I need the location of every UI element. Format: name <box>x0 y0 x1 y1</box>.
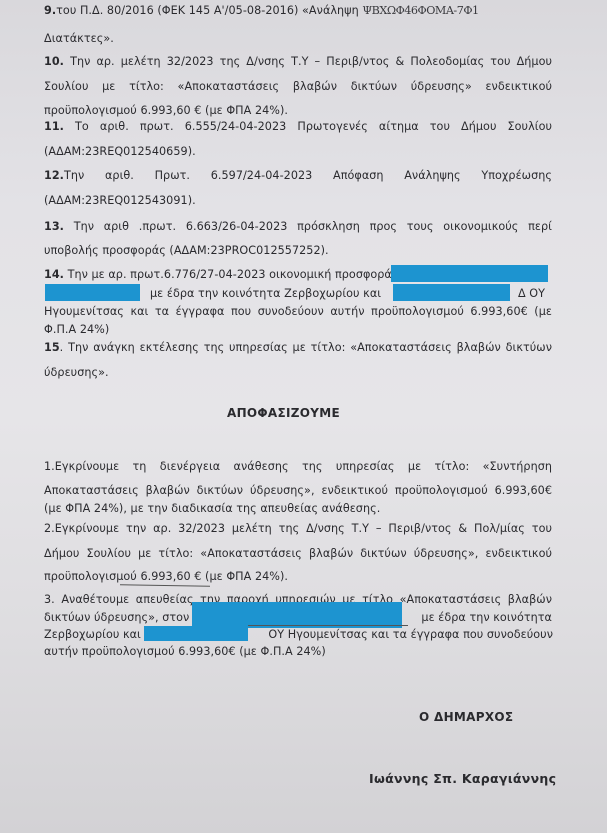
item-11-line-1: 11. Το αριθ. πρωτ. 6.555/24-04-2023 Πρωτ… <box>44 120 552 134</box>
redaction-block <box>45 284 140 301</box>
decision-1-line-1: 1.Εγκρίνουμε τη διενέργεια ανάθεσης της … <box>44 460 552 474</box>
decision-1-line-3: (με ΦΠΑ 24%), με την διαδικασία της απευ… <box>44 502 552 516</box>
redaction-block <box>144 626 248 641</box>
decision-2-line-2: Δήμου Σουλίου με τίτλο: «Αποκαταστάσεις … <box>44 547 552 561</box>
decision-heading: ΑΠΟΦΑΣΙΖΟΥΜΕ <box>227 406 340 420</box>
item-9-line-2: Διατάκτες». <box>44 32 552 46</box>
item-15-line-2: ύδρευσης». <box>44 366 552 380</box>
item-10-line-1: 10. Την αρ. μελέτη 32/2023 της Δ/νσης Τ.… <box>44 55 552 69</box>
item-12-line-1: 12.Την αριθ. Πρωτ. 6.597/24-04-2023 Απόφ… <box>44 169 552 183</box>
item-13-line-1: 13. Την αριθ .πρωτ. 6.663/26-04-2023 πρό… <box>44 220 552 234</box>
decision-3-line-2-start: δικτύων ύδρευσης», στον <box>44 611 194 625</box>
item-14-line-2-middle: με έδρα την κοινότητα Ζερβοχωρίου και <box>150 287 380 301</box>
item-14-line-2-end: Δ ΟΥ <box>518 287 558 301</box>
item-9-number: 9. <box>44 4 56 17</box>
decision-1-line-2: Αποκαταστάσεις βλαβών δικτύων ύδρευσης»,… <box>44 484 552 498</box>
item-14-line-4: Φ.Π.Α 24%) <box>44 323 552 337</box>
decision-2-line-3: προϋπολογισμού 6.993,60 € (με ΦΠΑ 24%). <box>44 570 552 584</box>
handwritten-underline <box>120 584 210 587</box>
item-13-line-2: υποβολής προσφοράς (ΑΔΑΜ:23PROC012557252… <box>44 244 552 258</box>
redaction-block <box>393 284 510 301</box>
item-11-line-2: (ΑΔΑΜ:23REQ012540659). <box>44 145 552 159</box>
item-9-line-1: 9.του Π.Δ. 80/2016 (ΦΕΚ 145 Α'/05-08-201… <box>44 4 552 18</box>
item-14-line-3: Ηγουμενίτσας και τα έγγραφα που συνοδεύο… <box>44 305 552 319</box>
redaction-block <box>391 265 548 282</box>
signature-name: Ιωάννης Σπ. Καραγιάννης <box>369 771 556 786</box>
item-12-line-2: (ΑΔΑΜ:23REQ012543091). <box>44 194 552 208</box>
decision-3-line-3-start: Ζερβοχωρίου και <box>44 628 144 642</box>
decision-3-line-3-end: ΟΥ Ηγουμενίτσας και τα έγγραφα που συνοδ… <box>253 628 553 642</box>
stamp-code: ΨΒΧΩΦ46ΦΟΜΑ-7Φ1 <box>362 4 478 17</box>
decision-3-line-4: αυτήν προϋπολογισμού 6.993,60€ (με Φ.Π.Α… <box>44 645 552 659</box>
item-10-line-2: Σουλίου με τίτλο: «Αποκαταστάσεις βλαβών… <box>44 80 552 94</box>
signature-title: Ο ΔΗΜΑΡΧΟΣ <box>419 710 513 724</box>
item-10-line-3: προϋπολογισμού 6.993,60 € (με ΦΠΑ 24%). <box>44 104 552 118</box>
handwritten-underline <box>248 625 408 626</box>
scanned-document-page: 9.του Π.Δ. 80/2016 (ΦΕΚ 145 Α'/05-08-201… <box>0 0 607 833</box>
item-15-line-1: 15. Την ανάγκη εκτέλεσης της υπηρεσίας μ… <box>44 341 552 355</box>
decision-3-line-2-end: με έδρα την κοινότητα <box>412 611 552 625</box>
decision-2-line-1: 2.Εγκρίνουμε την αρ. 32/2023 μελέτη της … <box>44 522 552 536</box>
